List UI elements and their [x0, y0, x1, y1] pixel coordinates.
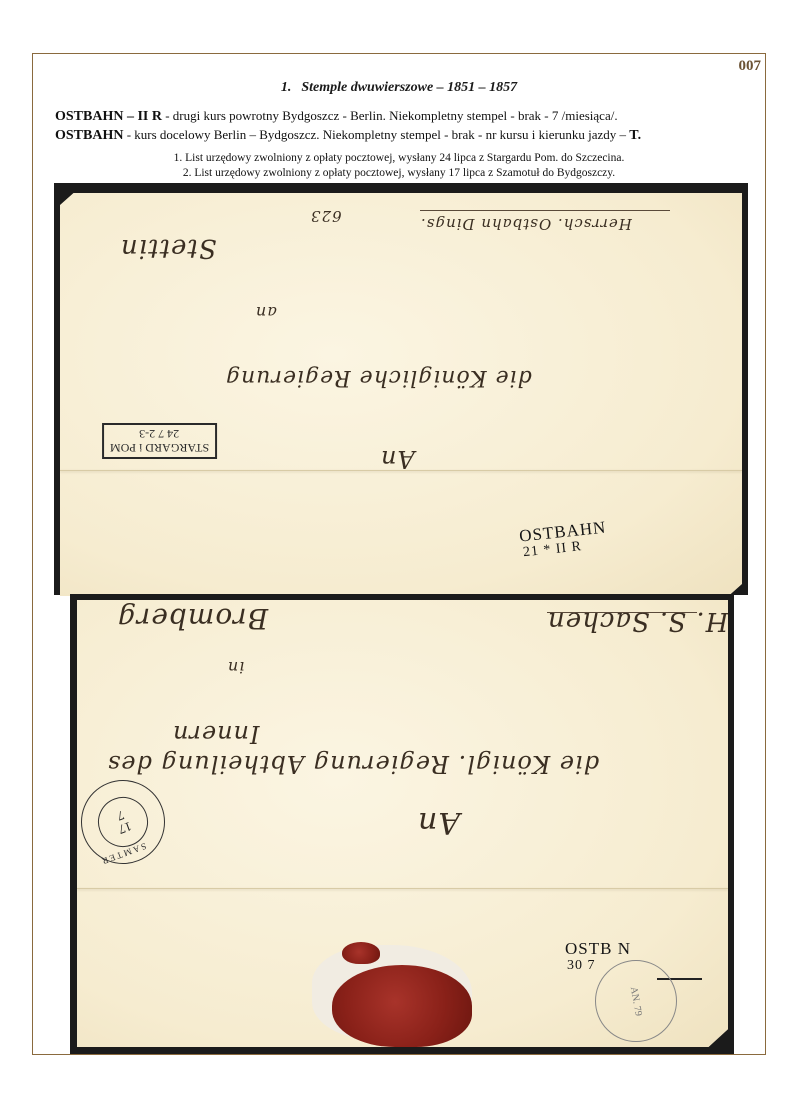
ostbahn-railway-cancel: OSTBAHN 21 * II R [518, 519, 608, 562]
description-text: - kurs docelowy Berlin – Bydgoszcz. Niek… [123, 127, 629, 142]
arrival-cancel-text: AN. 79 [628, 986, 644, 1017]
stargard-box-cancel: STARGARD i POM 24 7 2-3 [102, 423, 217, 459]
handwriting-top-line: H. S. Sachen [547, 606, 728, 636]
stamp-box-line-2: 24 7 2-3 [110, 427, 209, 441]
note-2: 2. List urzędowy zwolniony z opłaty pocz… [33, 166, 765, 181]
wax-seal-fragment [342, 942, 380, 964]
handwriting-addressee-line-2: Innern [172, 720, 260, 748]
handwriting-underline [547, 612, 697, 613]
cover-1: Herrsch. Ostbahn Dings. 623 Stettin an d… [60, 193, 742, 596]
section-number: 1. [281, 80, 292, 95]
samter-circle-cancel: 17 7 SAMTER [81, 780, 165, 864]
handwriting-salutation: An [417, 805, 460, 840]
handwriting-destination: Bromberg [117, 602, 268, 635]
handwriting-addressee: die Königliche Regierung [225, 365, 532, 390]
cover-2: Bromberg H. S. Sachen in Innern die Köni… [77, 600, 728, 1047]
railway-cancel-line-1: OSTB N [565, 939, 631, 958]
stamp-descriptions: OSTBAHN – II R - drugi kurs powrotny Byd… [55, 107, 641, 145]
description-suffix: T. [629, 128, 641, 143]
handwriting-number: 623 [310, 207, 342, 225]
description-line-1: OSTBAHN – II R - drugi kurs powrotny Byd… [55, 107, 641, 126]
page-number: 007 [739, 58, 762, 75]
description-stamp-name: OSTBAHN – II R [55, 109, 162, 124]
handwriting-addressee-line-1: die Königl. Regierung Abtheilung des [107, 750, 599, 778]
handwriting-salutation: An [380, 445, 415, 473]
description-line-2: OSTBAHN - kurs docelowy Berlin – Bydgosz… [55, 126, 641, 145]
handwriting-to: an [255, 303, 277, 322]
stamp-box-line-1: STARGARD i POM [110, 441, 209, 455]
wax-seal [332, 965, 472, 1047]
handwriting-top-line: Herrsch. Ostbahn Dings. [420, 215, 632, 233]
section-title-text: Stemple dwuwierszowe – 1851 – 1857 [301, 80, 517, 95]
cover-2-fold [77, 888, 728, 889]
description-text: - drugi kurs powrotny Bydgoszcz - Berlin… [162, 108, 618, 123]
handwriting-to: in [227, 658, 244, 677]
description-stamp-name: OSTBAHN [55, 128, 123, 143]
handwriting-underline [420, 210, 670, 211]
section-title: 1.Stemple dwuwierszowe – 1851 – 1857 [33, 80, 765, 96]
arrival-circle-cancel: AN. 79 [595, 960, 677, 1042]
note-1: 1. List urzędowy zwolniony z opłaty pocz… [33, 151, 765, 166]
cover-notes: 1. List urzędowy zwolniony z opłaty pocz… [33, 151, 765, 181]
handwriting-destination: Stettin [120, 233, 217, 263]
